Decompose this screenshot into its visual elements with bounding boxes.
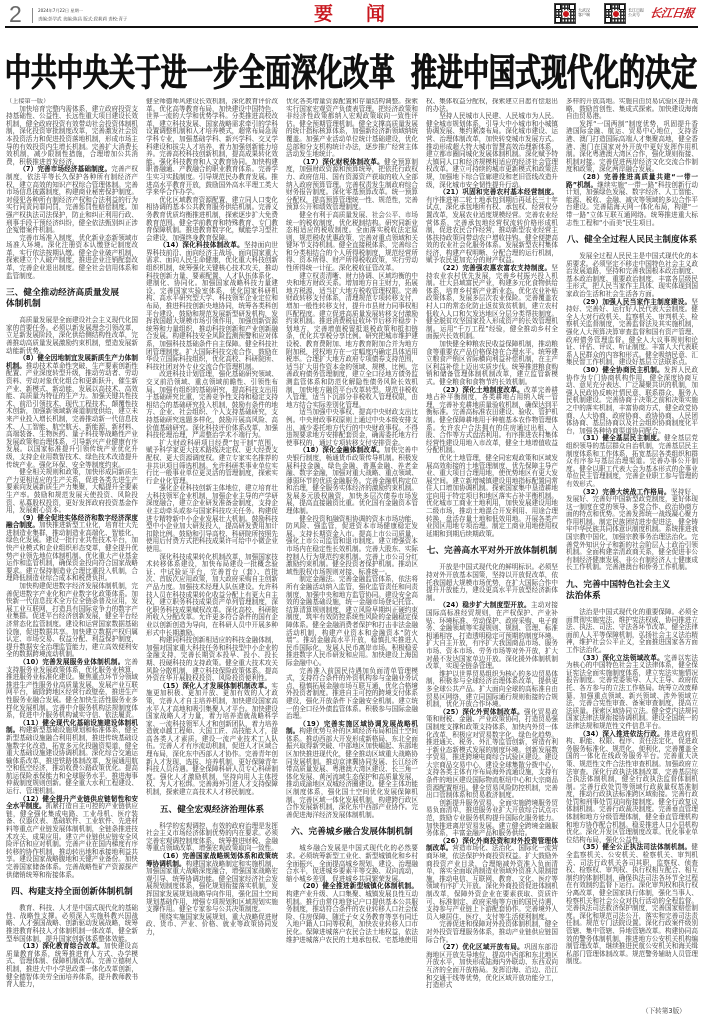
item-text: 健全预算制度，加强财政资源和预算统筹，把依托行政权力、政府信用、国有资源资产获取… xyxy=(286,158,418,212)
item-text: 完善产权制度，依法平等长久保护各种所有制经济产权，建立高效的知识产权综合管理体制… xyxy=(6,165,138,234)
qr-finder-mark xyxy=(605,17,611,23)
article-paragraph: 完善市场准入制度，优化新业态新领域市场准入环境。深化注册资本认缴登记制度改革，实… xyxy=(6,235,138,281)
article-column-3: 优化各类增量资源配置和存量结构调整。探索实行国家宏观资产负债表管理。把经济政策和… xyxy=(286,98,418,1023)
item-text: 坚持农业农村优先发展，完善乡村振兴投入机制。壮大县域富民产业，构建多元化食物供给… xyxy=(426,264,558,340)
qr-logo-badge xyxy=(562,10,570,18)
item-text: 推动技术革命性突破、生产要素创新性配置、产业深度转型升级，推动劳动者、劳动资料、… xyxy=(6,362,138,469)
section-heading: 六、完善城乡融合发展体制机制 xyxy=(286,827,418,838)
article-paragraph: 构建同科技创新相适应的科技金融体制，加强对国家重大科技任务和科技型中小企业的金融… xyxy=(146,637,278,683)
section-title-char-2: 闻 xyxy=(366,3,385,25)
section-heading: 八、健全全过程人民民主制度体系 xyxy=(566,235,698,246)
item-text: 完善以宪法为核心的中国特色社会主义法律体系，健全保证宪法全面实施制度体系，建立宪… xyxy=(566,654,698,730)
article-item: （17）深化财税体制改革。健全预算制度，加强财政资源和预算统筹，把依托行政权力、… xyxy=(286,159,418,212)
article-item: （7）完善市场经济基础制度。完善产权制度，依法平等长久保护各种所有制经济产权，建… xyxy=(6,166,138,234)
section-heading: 五、健全宏观经济治理体系 xyxy=(146,805,278,816)
article-paragraph: 科学的宏观调控，有效的政府治理是发挥社会主义市场经济体制优势的内在要求。必须完善… xyxy=(146,823,278,853)
article-paragraph: 优化土地管理，健全同宏观政策和区域发展高效衔接的土地管理制度，优先保障主导产业、… xyxy=(426,455,558,539)
article-item: （29）加强人民当家作主制度建设。坚持好、完善好、运行好人民代表大会制度。健全人… xyxy=(566,299,698,367)
article-item: （13）深化教育综合改革。加快建设高质量教育体系，统筹推进育人方式、办学模式、管… xyxy=(6,943,138,989)
item-text: 强化贸易政策和财税、金融、产业政策协同，打造贸易强国制度支撑和政策支持体系，加快… xyxy=(426,708,558,800)
article-paragraph: 坚持人民城市人民建、人民城市为人民。健全城市规划体系，引导大中小城市和小城镇协调… xyxy=(426,113,558,189)
item-text: 健全基层党组织领导的基层群众自治机制，完善基层民主制度体系和工作体系，拓宽基层各… xyxy=(566,434,698,488)
article-item: （18）深化金融体制改革。加快完善中央银行制度，畅通货币政策传导机制。积极发展科… xyxy=(286,447,418,515)
item-text: 构建国家战略制定和实施机制，加强国家重大战略深度融合，增强国家战略宏观引导、统筹… xyxy=(146,860,278,914)
article-item: （8）健全因地制宜发展新质生产力体制机制。推动技术革命性突破、生产要素创新性配置… xyxy=(6,355,138,469)
qr-finder-mark xyxy=(619,4,625,10)
article-column-5: 多样的开放高地。实施自由贸易试验区提升战略，鼓励首创性、集成式探索。加快建设海南… xyxy=(566,98,698,1004)
issue-date: 2024年7月22日 星期一 xyxy=(38,9,83,13)
article-column-4: 权、集体收益分配权，探索建立自愿有偿退出的办法。 坚持人民城市人民建、人民城市为… xyxy=(426,98,558,1023)
item-text: 加快推进新型工业化，培育壮大先进制造业集群，推动制造业高端化、智能化、绿色化发展… xyxy=(6,521,138,582)
page-number: 2 xyxy=(9,1,22,27)
section-heading-line: 法治体系 xyxy=(566,591,698,602)
article-item: （24）稳步扩大制度型开放。主动对接国际高标准经贸规则，在产权保护、产业补贴、环… xyxy=(426,602,558,670)
article-paragraph-continued: 健全师德师风建设长效机制，深化教育评价改革。优化高等教育布局，加快建设中国特色、… xyxy=(146,98,278,197)
article-paragraph: 强化企业科技创新主体地位，建立培育壮大科技领军企业机制，加强企业主导的产学研深度… xyxy=(146,485,278,553)
item-text: 实施更加积极、更加开放、更加有效的人才政策，完善人才自主培养机制，加快建设国家高… xyxy=(146,682,278,796)
qr-logo-badge xyxy=(612,10,620,18)
article-item: （23）深化土地制度改革。改革完善耕地占补平衡制度，各类耕地占用纳入统一管理，完… xyxy=(426,387,558,455)
item-text: 继续实施“一带一路”科技创新行动计划，加强绿色发展、数字经济、人工智能、能源、税… xyxy=(566,181,698,227)
article-item: （9）健全促进实体经济和数字经济深度融合制度。加快推进新型工业化，培育壮大先进制… xyxy=(6,515,138,583)
article-paragraph: 改进科技计划管理，强化基础研究领域、交叉前沿领域、重点领域前瞻性、引领性布局。加… xyxy=(146,371,278,439)
article-paragraph: 加快健全种粮农民收益保障机制，推动粮食等重要农产品价格保持在合理水平。统筹建立粮… xyxy=(426,341,558,387)
article-item: （12）健全提升产业链供应链韧性和安全水平制度。抓紧打造自主可控的产业链供应链，… xyxy=(6,796,138,880)
article-paragraph: 完善准入前国民待遇加负面清单管理模式，支持符合条件的外资机构参与金融业务试点，稳… xyxy=(286,668,418,721)
item-text: 构建优势互补的区域经济布局和国土空间体系。推动西部大开发形成新格局、东北全面振兴… xyxy=(286,727,418,819)
continued-on-page-note: （下转第3版） xyxy=(642,1007,686,1015)
article-paragraph: 高质量发展是全面建设社会主义现代化国家的首要任务。必须以新发展理念引领改革，立足… xyxy=(6,317,138,355)
article-item: （15）深化人才发展体制机制改革。实施更加积极、更加开放、更加有效的人才政策，完… xyxy=(146,683,278,797)
article-paragraph: 建立权责清晰、财力协调、区域均衡的中央和地方财政关系。增加地方自主财力，拓展地方… xyxy=(286,273,418,410)
qr-code-icon xyxy=(555,4,575,23)
item-text: 健全监察机关、公安机关、检察机关、审判机关、司法行政机关各司其职，监察权、侦查权… xyxy=(566,843,698,965)
article-item: （35）健全公正执法司法体制机制。健全监察机关、公安机关、检察机关、审判机关、司… xyxy=(566,844,698,966)
newspaper-logo: 长江日报 xyxy=(649,6,695,20)
article-paragraph: 加快构建促进数字经济发展体制机制，完善促进数字产业化和产业数字化政策体系。加快新… xyxy=(6,583,138,659)
article-item: （31）健全基层民主制度。健全基层党组织领导的基层群众自治机制，完善基层民主制度… xyxy=(566,435,698,488)
item-text: 构建新型基础设施规划和标准体系，健全新型基础设施融合利用机制，推进传统基础设施数… xyxy=(6,726,138,795)
article-paragraph: 制定金融法。完善金融监管体系，依法将所有金融活动纳入监管，强化监管责任和问责制度… xyxy=(286,576,418,667)
section-title-char-1: 要 xyxy=(314,3,333,25)
section-heading: 四、构建支持全面创新体制机制 xyxy=(6,887,138,898)
item-text: 抓紧打造自主可控的产业链供应链，健全强化集成电路、工业母机、医疗装备、仪器仪表、… xyxy=(6,802,138,878)
article-paragraph: 法治是中国式现代化的重要保障。必须全面贯彻实施宪法，维护宪法权威，协同推进立法、… xyxy=(566,609,698,655)
article-paragraph: 发挥“一国两制”制度优势，巩固提升香港国际金融、航运、贸易中心地位，支持香港、澳… xyxy=(566,121,698,174)
qr-finder-mark xyxy=(555,4,561,10)
article-item: （32）完善大统战工作格局。坚持好、发展好、完善好中国新型政党制度，更好体现这一… xyxy=(566,489,698,573)
qr-label-line: 客户端 xyxy=(578,13,590,18)
item-text: 改革完善耕地占补平衡制度，各类耕地占用纳入统一管理，完善补充耕地质量验收机制，确… xyxy=(426,386,558,455)
article-paragraph: 城乡融合发展是中国式现代化的必然要求。必须统筹新型工业化、新型城镇化和乡村全面振… xyxy=(286,845,418,883)
article-paragraph: 深化科技成果转化机制改革，加强国家技术转移体系建设，加快布局建设一批概念验证、中… xyxy=(146,554,278,638)
article-paragraph: 开放是中国式现代化的鲜明标识。必须坚持对外开放基本国策，坚持以开放促改革，依托我… xyxy=(426,564,558,602)
section-heading-line: 三、健全推动经济高质量发展 xyxy=(6,288,138,299)
article-column-2: 健全师德师风建设长效机制，深化教育评价改革。优化高等教育布局，加快建设中国特色、… xyxy=(146,98,278,1023)
article-paragraph: 健全投资和融资相协调的资本市场功能，防风险、强监管，促进资本市场健康稳定发展。支… xyxy=(286,516,418,577)
article-item: （21）巩固和完善农村基本经营制度。有序推进第二轮土地承包到期后再延长三十年试点… xyxy=(426,189,558,265)
article-item: （30）健全协商民主机制。发挥人民政协作为专门协商机构作用，健全深度协商互动、意… xyxy=(566,367,698,435)
item-text: 完善支持服务业发展政策体系，优化服务业核算，推进服务业标准化建设。聚焦重点环节分… xyxy=(6,658,138,719)
qr-finder-mark xyxy=(569,4,575,10)
item-text: 巩固东部沿海地区开放先导地位，提高中西部和东北地区开放水平，加快形成陆海内外联动… xyxy=(426,943,558,989)
qr-code-icon xyxy=(605,4,625,23)
section-heading: 三、健全推动经济高质量发展 体制机制 xyxy=(6,288,138,310)
header-divider xyxy=(32,8,33,23)
qr-finder-mark xyxy=(605,4,611,10)
editorial-staff: 责编:彭学武 美编:陈昌 版式:段莉莉 责校:青子 xyxy=(38,17,127,21)
main-headline: 中共中央关于进一步全面深化改革推进中国式现代化的决定 xyxy=(0,55,702,93)
article-paragraph: 完善促进和保障对外投资体制机制，健全对外投资管理服务体系，推动产业链供应链国际合… xyxy=(426,921,558,944)
article-item: （14）深化科技体制改革。坚持面向世界科技前沿、面向经济主战场、面向国家重大需求… xyxy=(146,242,278,371)
qr-label-line: 公众号 xyxy=(628,13,644,18)
article-item: （20）健全推进新型城镇化体制机制。构建产业升级、人口集聚、城镇发展良性互动机制… xyxy=(286,883,418,944)
article-paragraph-continued: 权、集体收益分配权，探索建立自愿有偿退出的办法。 xyxy=(426,98,558,113)
article-item: （25）深化外贸体制改革。强化贸易政策和财税、金融、产业政策协同，打造贸易强国制… xyxy=(426,709,558,800)
item-text: 营造市场化、法治化、国际化一流营商环境，依法保护外商投资权益。扩大鼓励外商投资产… xyxy=(426,844,558,920)
item-text: 加快完善中央银行制度，畅通货币政策传导机制。积极发展科技金融、绿色金融、普惠金融… xyxy=(286,446,418,515)
article-item: （26）深化外商投资和对外投资管理体制改革。营造市场化、法治化、国际化一流营商环… xyxy=(426,838,558,922)
item-text: 加快建设高质量教育体系，统筹推进育人方式、办学模式、管理体制、保障机制改革。完善… xyxy=(6,942,138,988)
section-heading-line: 九、完善中国特色社会主义 xyxy=(566,580,698,591)
article-item: （16）完善国家战略规划体系和政策统筹协调机制。构建国家战略制定和实施机制，加强… xyxy=(146,853,278,914)
section-heading: 九、完善中国特色社会主义 法治体系 xyxy=(566,580,698,602)
article-paragraph: 扩大财政科研项目经费“包干制”范围，赋予科学家更大技术路线决定权、更大经费支配权… xyxy=(146,440,278,486)
qr-label-app: 大武汉 客户端 xyxy=(578,8,590,17)
article-paragraph: 健全相关规则和政策，加快形成同新质生产力更相适应的生产关系，促进各类先进生产要素… xyxy=(6,469,138,515)
article-paragraph-continued: 优化各类增量资源配置和存量结构调整。探索实行国家宏观资产负债表管理。把经济政策和… xyxy=(286,98,418,159)
article-item: （11）健全现代化基础设施建设体制机制。构建新型基础设施规划和标准体系，健全新型… xyxy=(6,720,138,796)
article-item: （10）完善发展服务业体制机制。完善支持服务业发展政策体系，优化服务业核算，推进… xyxy=(6,659,138,720)
article-item: （34）深入推进依法行政。推进政府机构、职能、权限、程序、责任法定化，促进政务服… xyxy=(566,731,698,845)
article-item: （33）深化立法领域改革。完善以宪法为核心的中国特色社会主义法律体系，健全保证宪… xyxy=(566,655,698,731)
article-paragraph: 发展全过程人民民主是中国式现代化的本质要求。必须坚定不移走中国特色社会主义政治发… xyxy=(566,253,698,299)
section-heading: 七、完善高水平对外开放体制机制 xyxy=(426,546,558,557)
article-paragraph: 教育、科技、人才是中国式现代化的基础性、战略性支撑。必须深入实施科教兴国战略、人… xyxy=(6,905,138,943)
article-item: （19）完善实施区域协调发展战略机制。构建优势互补的区域经济布局和国土空间体系。… xyxy=(286,721,418,820)
article-paragraph: 围绕实施国家发展规划、重大战略促进财政、货币、产业、价格、就业等政策协同发力， xyxy=(146,914,278,937)
section-heading-line: 体制机制 xyxy=(6,299,138,310)
item-text: 主动对接国际高标准经贸规则，在产权保护、产业补贴、环境标准、劳动保护、政府采购、… xyxy=(426,601,558,670)
article-paragraph: 适当加强中央事权、提高中央财政支出比例。中央财政事权原则上通过中央本级安排支出，… xyxy=(286,409,418,447)
item-text: 坚持面向世界科技前沿、面向经济主战场、面向国家重大需求、面向人民生命健康，优化重… xyxy=(146,241,278,371)
headline-part-1: 中共中央关于进一步全面深化改革 xyxy=(5,52,395,96)
article-paragraph: 维护以世界贸易组织为核心的多边贸易体制，积极参与全球经济治理体系改革，提供更多全… xyxy=(426,671,558,709)
qr-label-official-account: 长江日报 公众号 xyxy=(628,8,644,17)
article-column-1: （上接第一版） 加快培育完整内需体系，建立政府投资支持基础性、公益性、长远性重大… xyxy=(6,98,138,1023)
item-text: 坚持好、完善好、运行好人民代表大会制度。健全人大对行政机关、监察机关、审判机关、… xyxy=(566,298,698,367)
article-paragraph: 创新提升服务贸易，全面实施跨境服务贸易负面清单，推进服务业扩大开放综合试点示范，… xyxy=(426,800,558,838)
qr-finder-mark xyxy=(555,17,561,23)
article-paragraph: 健全有利于高质量发展、社会公平、市场统一的税收制度，优化税制结构。研究同新业态相… xyxy=(286,212,418,273)
headline-part-2: 推进中国式现代化的决定 xyxy=(411,52,697,96)
item-text: 推进政府机构、职能、权限、程序、责任法定化，促进政务服务标准化、规范化、便利化，… xyxy=(566,730,698,844)
item-text: 构建产业升级、人口集聚、城镇发展良性互动机制。推行由常住地登记户口提供基本公共服… xyxy=(286,890,418,944)
item-text: 有序推进第二轮土地承包到期后再延长三十年试点，深化承包地所有权、承包权、经营权分… xyxy=(426,196,558,265)
article-paragraph: 优化区域教育资源配置，建立同人口变化相协调的基本公共教育服务供给机制。完善义务教… xyxy=(146,197,278,243)
article-item: （22）完善强农惠农富农支持制度。坚持农业农村优先发展，完善乡村振兴投入机制。壮… xyxy=(426,265,558,341)
article-paragraph: 加快培育完整内需体系，建立政府投资支持基础性、公益性、长远性重大项目建设长效机制… xyxy=(6,106,138,167)
article-item: （27）优化区域开放布局。巩固东部沿海地区开放先导地位，提高中西部和东北地区开放… xyxy=(426,944,558,990)
article-paragraph-continued: 多样的开放高地。实施自由贸易试验区提升战略，鼓励首创性、集成式探索。加快建设海南… xyxy=(566,98,698,121)
item-text: 发挥人民政协作为专门协商机构作用，健全深度协商互动、意见充分表达、广泛凝聚共识的… xyxy=(566,366,698,435)
header-rule xyxy=(5,26,698,28)
item-text: 坚持好、发展好、完善好中国新型政党制度，更好体现这一制度在党的领导、多党合作、政… xyxy=(566,488,698,572)
article-item: （28）完善推进高质量共建“一带一路”机制。继续实施“一带一路”科技创新行动计划… xyxy=(566,174,698,227)
